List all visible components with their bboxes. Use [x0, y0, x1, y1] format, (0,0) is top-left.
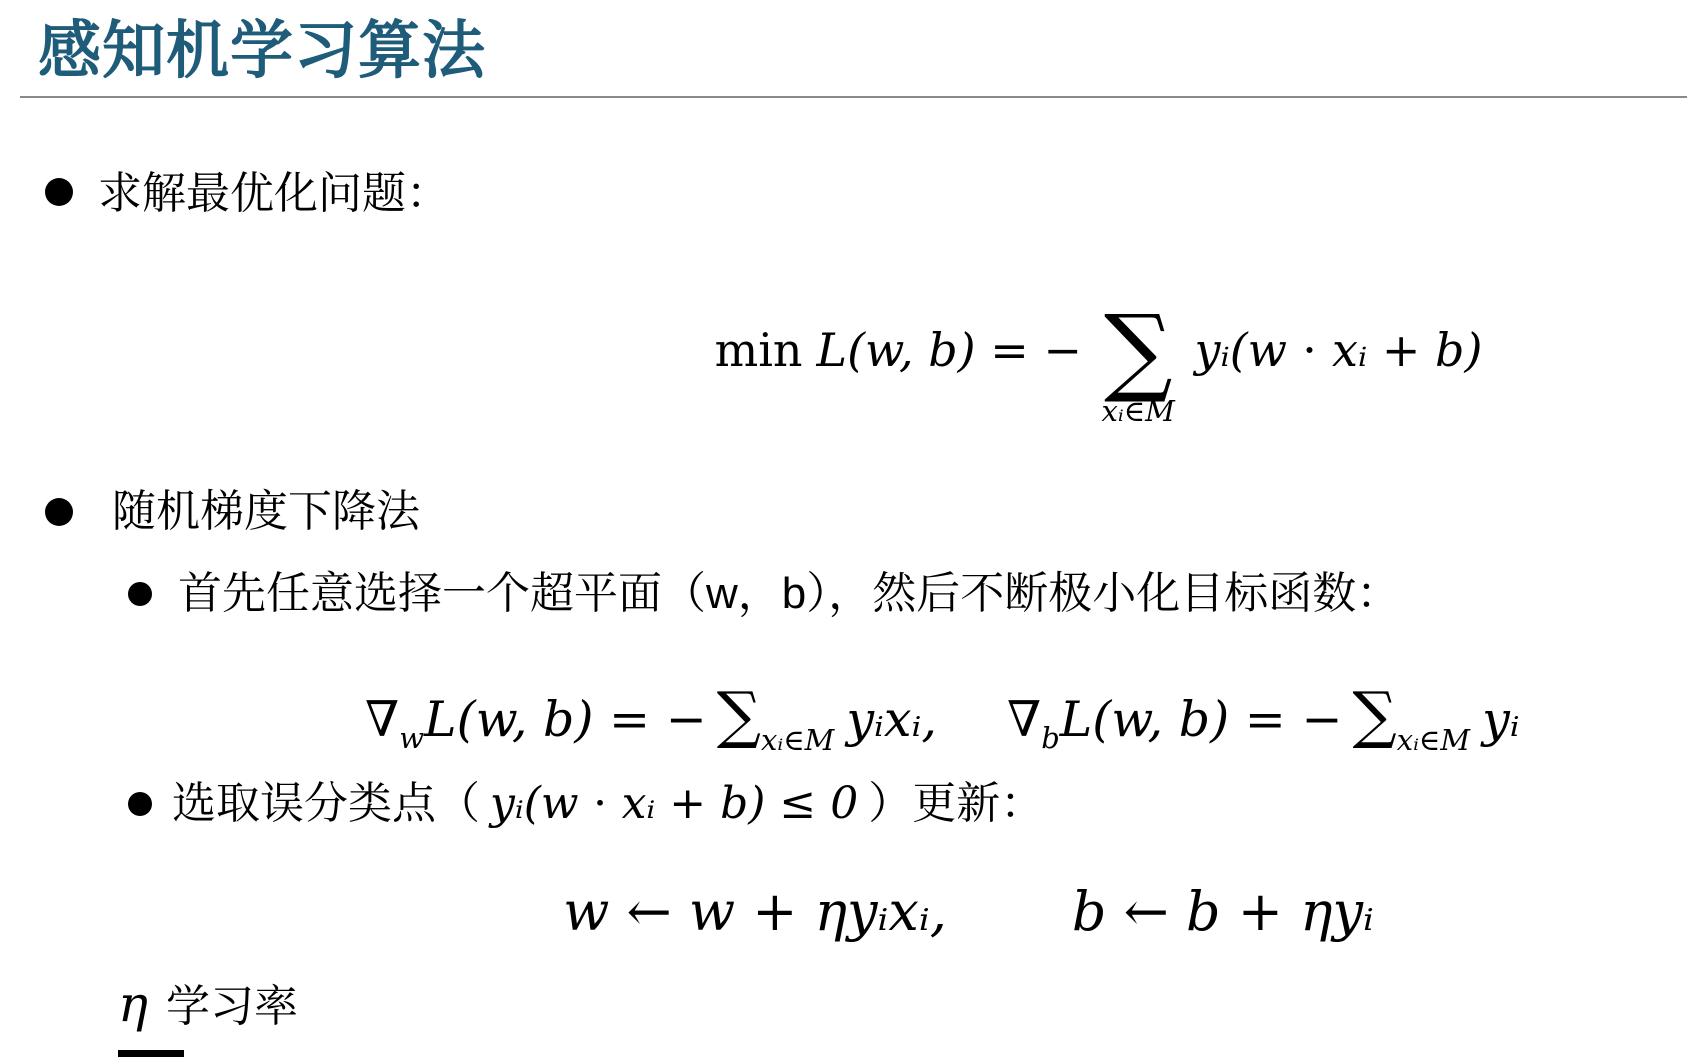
- formula-updates: w ← w + ηyᵢxᵢ, b ← b + ηyᵢ: [0, 880, 1707, 943]
- gradient-w-lhs: L(w, b) = −: [424, 691, 707, 748]
- sum-limits: xᵢ∈M: [1102, 394, 1175, 428]
- bullet-hyperplane: 首先任意选择一个超平面（w，b），然后不断极小化目标函数：: [178, 565, 1400, 622]
- sum-subscript: xᵢ∈M: [1397, 723, 1470, 757]
- gradient-w: ∇wL(w, b) = −∑xᵢ∈Myᵢxᵢ,: [365, 690, 937, 748]
- bullet-dot: [45, 178, 73, 206]
- cropped-element: [118, 1050, 184, 1057]
- gradient-b-lhs: L(w, b) = −: [1060, 691, 1343, 748]
- gradient-b-rhs: yᵢ: [1482, 691, 1520, 748]
- nabla-symbol: ∇: [365, 691, 399, 748]
- nabla-subscript: b: [1041, 721, 1060, 755]
- summation-block: ∑ xᵢ∈M: [1104, 300, 1173, 400]
- misclass-suffix: ）更新：: [868, 775, 1044, 832]
- page-title: 感知机学习算法: [38, 0, 486, 91]
- sum-symbol: ∑: [717, 690, 761, 740]
- misclass-prefix: 选取误分类点（: [172, 775, 480, 832]
- eta-symbol: η: [118, 975, 148, 1033]
- sum-symbol: ∑: [1104, 302, 1173, 398]
- gradient-b: ∇bL(w, b) = −∑xᵢ∈Myᵢ: [1007, 690, 1520, 748]
- loss-rhs: yᵢ(w ⋅ xᵢ + b): [1194, 323, 1482, 377]
- sum-symbol: ∑: [1352, 690, 1396, 740]
- nabla-symbol: ∇: [1007, 691, 1041, 748]
- misclass-condition: yᵢ(w ⋅ xᵢ + b) ≤ 0: [490, 778, 858, 829]
- learning-rate-line: η 学习率: [118, 975, 298, 1035]
- update-w: w ← w + ηyᵢxᵢ,: [563, 880, 947, 943]
- bullet-hyperplane-text: 首先任意选择一个超平面（w，b），然后不断极小化目标函数：: [178, 565, 1400, 622]
- slide: 感知机学习算法 求解最优化问题： min L(w, b) = − ∑ xᵢ∈M …: [0, 0, 1707, 1057]
- nabla-subscript: w: [399, 721, 424, 755]
- bullet-sgd: 随机梯度下降法: [112, 483, 420, 540]
- eta-label: 学习率: [166, 978, 298, 1035]
- bullet-dot: [128, 792, 152, 816]
- min-operator: min: [715, 323, 803, 377]
- update-b: b ← b + ηyᵢ: [1072, 880, 1374, 943]
- title-divider: [20, 96, 1687, 98]
- loss-lhs: L(w, b) = −: [817, 323, 1082, 377]
- bullet-solve: 求解最优化问题：: [98, 165, 450, 222]
- sum-subscript: xᵢ∈M: [761, 723, 834, 757]
- formula-loss: min L(w, b) = − ∑ xᵢ∈M yᵢ(w ⋅ xᵢ + b): [0, 300, 1707, 400]
- gradient-w-rhs: yᵢxᵢ,: [846, 691, 937, 748]
- bullet-dot: [128, 582, 152, 606]
- bullet-misclassified: 选取误分类点（ yᵢ(w ⋅ xᵢ + b) ≤ 0 ）更新：: [172, 775, 1044, 832]
- bullet-solve-text: 求解最优化问题：: [98, 165, 450, 222]
- bullet-dot: [45, 498, 73, 526]
- formula-gradients: ∇wL(w, b) = −∑xᵢ∈Myᵢxᵢ, ∇bL(w, b) = −∑xᵢ…: [365, 690, 1520, 748]
- bullet-sgd-text: 随机梯度下降法: [112, 483, 420, 540]
